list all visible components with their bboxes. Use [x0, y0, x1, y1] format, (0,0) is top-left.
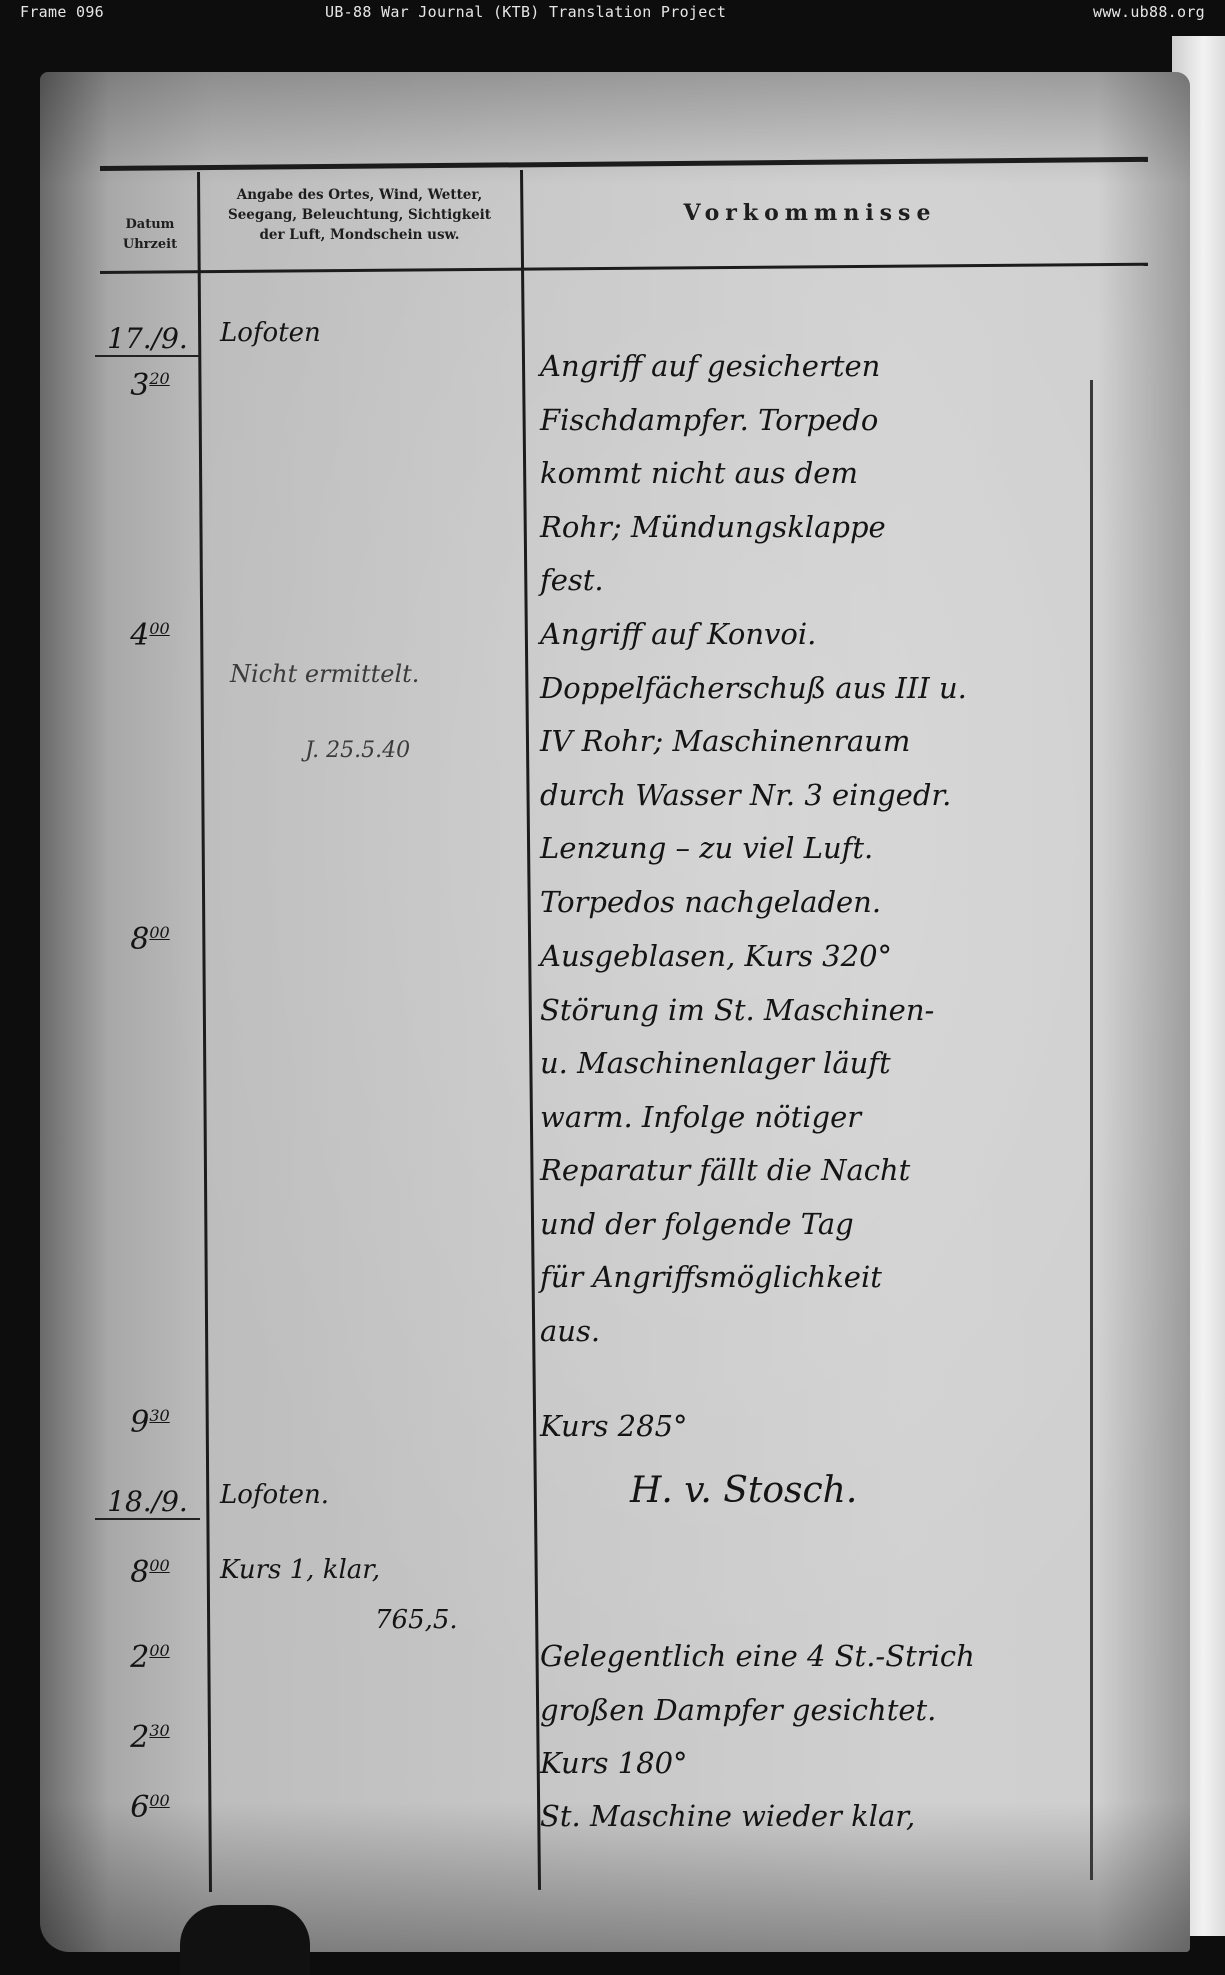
entry-time: 230	[105, 1720, 195, 1755]
header-ort-line: Angabe des Ortes, Wind, Wetter,	[202, 185, 517, 205]
commander-signature: H. v. Stosch.	[630, 1470, 857, 1511]
header-datum: Datum	[105, 215, 195, 235]
caption-bar: Frame 096 UB-88 War Journal (KTB) Transl…	[0, 0, 1225, 28]
entry-text: Kurs 180°	[540, 1737, 688, 1791]
entry-time: 320	[105, 368, 195, 403]
entry-text: Ausgeblasen, Kurs 320° Störung im St. Ma…	[540, 930, 934, 1358]
thumb-shadow	[180, 1905, 310, 1975]
entry-time: 600	[105, 1790, 195, 1825]
pencil-annotation: J. 25.5.40	[305, 738, 410, 763]
entry-location-weather: Kurs 1, klar,	[220, 1555, 380, 1585]
entry-date: 18./9.	[95, 1485, 200, 1520]
page-margin-line	[1090, 380, 1093, 1880]
entry-text: Gelegentlich eine 4 St.-Strich großen Da…	[540, 1630, 975, 1737]
entry-text: Angriff auf gesicherten Fischdampfer. To…	[540, 340, 886, 608]
entry-text: Angriff auf Konvoi. Doppelfächerschuß au…	[540, 608, 967, 929]
entry-text: Kurs 285°	[540, 1400, 688, 1454]
header-ort-line: der Luft, Mondschein usw.	[202, 225, 517, 245]
project-title: UB-88 War Journal (KTB) Translation Proj…	[325, 3, 726, 21]
entry-time: 930	[105, 1405, 195, 1440]
header-ort-line: Seegang, Beleuchtung, Sichtigkeit	[202, 205, 517, 225]
column-header-events: Vorkommnisse	[530, 200, 1090, 226]
column-header-location-weather: Angabe des Ortes, Wind, Wetter, Seegang,…	[202, 185, 517, 245]
website-url: www.ub88.org	[1093, 3, 1205, 21]
frame-number: Frame 096	[20, 3, 104, 21]
entry-text: St. Maschine wieder klar,	[540, 1790, 915, 1844]
entry-location: Lofoten	[220, 318, 321, 348]
entry-location: Lofoten.	[220, 1480, 329, 1510]
column-header-date-time: Datum Uhrzeit	[105, 215, 195, 255]
entry-barometer: 765,5.	[375, 1605, 458, 1635]
header-uhrzeit: Uhrzeit	[105, 235, 195, 255]
entry-time: 800	[105, 922, 195, 957]
entry-time: 400	[105, 618, 195, 653]
entry-location-pencil: Nicht ermittelt.	[230, 660, 419, 688]
entry-date: 17./9.	[95, 322, 200, 357]
entry-time: 200	[105, 1640, 195, 1675]
entry-time: 800	[105, 1555, 195, 1590]
